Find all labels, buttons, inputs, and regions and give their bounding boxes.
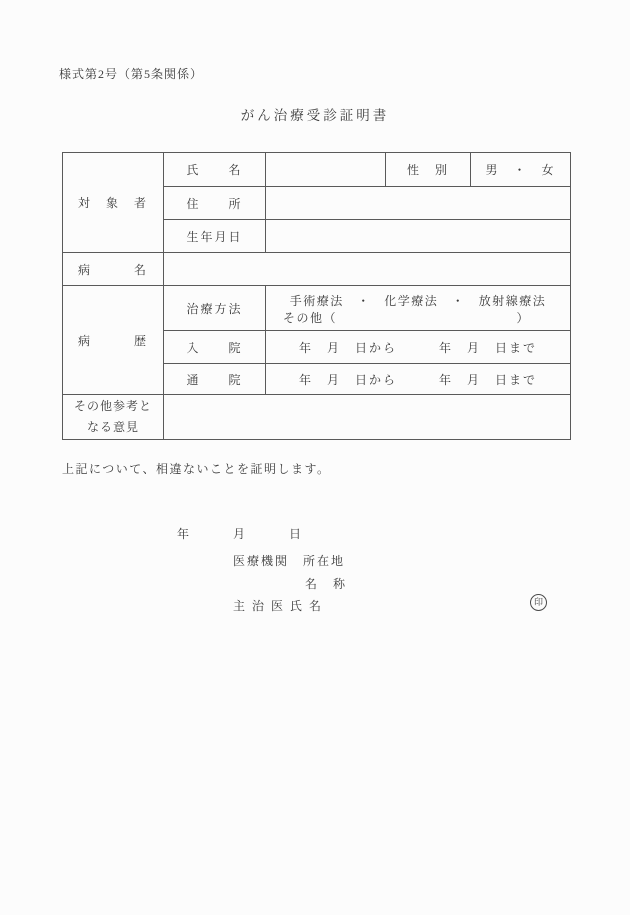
birthdate-label: 生年月日 (164, 220, 266, 253)
seal-icon: 印 (530, 594, 547, 611)
name-label: 氏 名 (164, 153, 266, 187)
outpatient-period-cell: 年 月 日から 年 月 日まで (266, 364, 571, 395)
treatment-options: 手術療法 ・ 化学療法 ・ 放射線療法 (266, 292, 570, 309)
page-title: がん治療受診証明書 (0, 107, 630, 125)
table-row: 対 象 者 氏 名 性 別 男 ・ 女 (63, 153, 571, 187)
address-label: 住 所 (164, 187, 266, 220)
disease-value-cell (164, 253, 571, 286)
history-group-label: 病 歴 (63, 286, 164, 395)
sex-options-cell: 男 ・ 女 (471, 153, 571, 187)
signature-date-line: 年 月 日 (177, 525, 303, 543)
signature-institution-line: 医療機関 所在地 (233, 552, 345, 570)
remarks-value-cell (164, 395, 571, 440)
signature-institution-name-line: 名 称 (305, 575, 347, 593)
treatment-other-line: その他（ ） (266, 309, 570, 326)
remarks-label-line2: なる意見 (63, 417, 163, 438)
seal-text: 印 (534, 597, 543, 607)
subject-group-label: 対 象 者 (63, 153, 164, 253)
sex-label: 性 別 (386, 153, 471, 187)
treatment-other-prefix: その他（ (283, 309, 337, 326)
table-row: 病 歴 治療方法 手術療法 ・ 化学療法 ・ 放射線療法 その他（ ） (63, 286, 571, 331)
table-row: 病 名 (63, 253, 571, 286)
outpatient-label: 通 院 (164, 364, 266, 395)
birthdate-value-cell (266, 220, 571, 253)
treatment-method-cell: 手術療法 ・ 化学療法 ・ 放射線療法 その他（ ） (266, 286, 571, 331)
table-row: その他参考と なる意見 (63, 395, 571, 440)
treatment-method-label: 治療方法 (164, 286, 266, 331)
disease-label: 病 名 (63, 253, 164, 286)
treatment-other-close: ） (516, 309, 530, 326)
certify-statement: 上記について、相違ないことを証明します。 (62, 460, 331, 478)
remarks-label: その他参考と なる意見 (63, 395, 164, 440)
hospitalization-period-cell: 年 月 日から 年 月 日まで (266, 331, 571, 364)
address-value-cell (266, 187, 571, 220)
form-number-label: 様式第2号（第5条関係） (59, 65, 203, 83)
hospitalization-label: 入 院 (164, 331, 266, 364)
document-page: 様式第2号（第5条関係） がん治療受診証明書 対 象 者 氏 名 性 別 男 ・… (0, 0, 630, 915)
remarks-label-line1: その他参考と (63, 396, 163, 417)
signature-doctor-line: 主 治 医 氏 名 (233, 597, 323, 615)
name-value-cell (266, 153, 386, 187)
certificate-table: 対 象 者 氏 名 性 別 男 ・ 女 住 所 生年月日 病 名 病 歴 治 (62, 152, 571, 440)
